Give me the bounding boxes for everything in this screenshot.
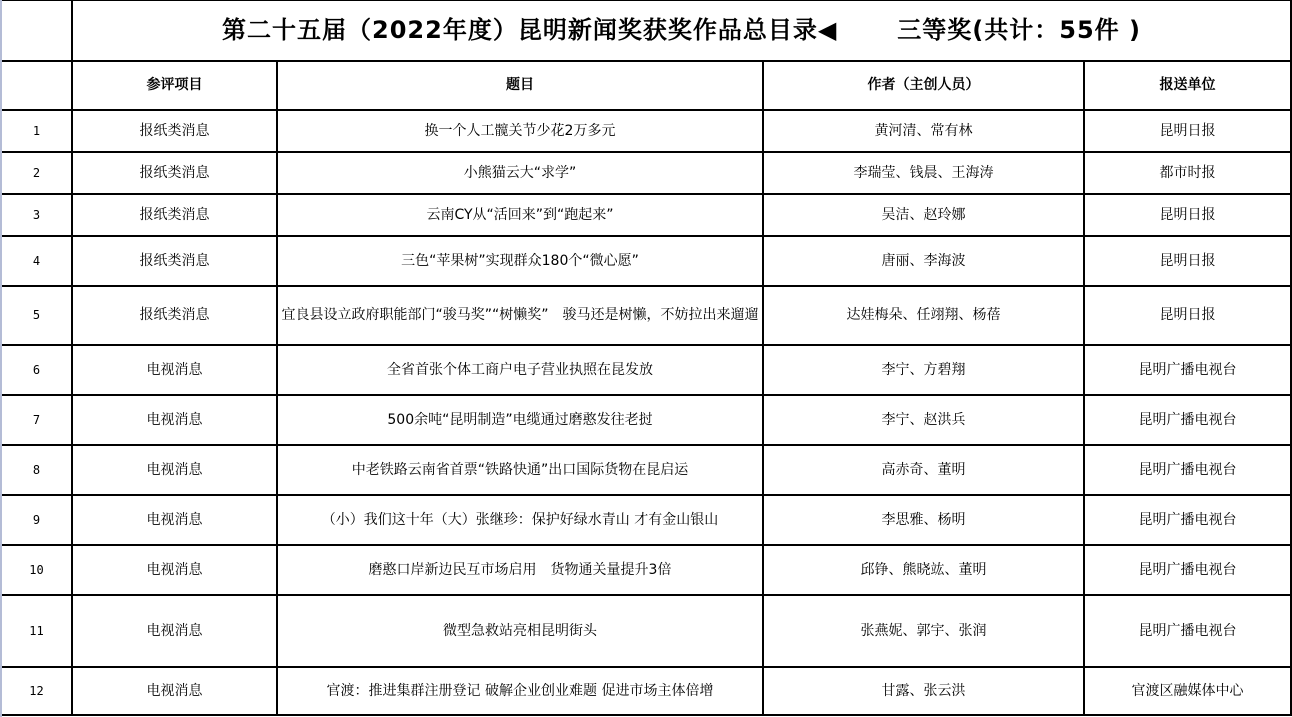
row-unit[interactable]: 昆明日报 [1084,236,1291,286]
table-row: 9 电视消息 （小）我们这十年（大）张继珍：保护好绿水青山 才有金山银山 李思雅… [2,495,1291,545]
table-row: 7 电视消息 500余吨“昆明制造”电缆通过磨憨发往老挝 李宁、赵洪兵 昆明广播… [2,395,1291,445]
header-authors[interactable]: 作者（主创人员） [763,61,1084,110]
row-unit[interactable]: 都市时报 [1084,152,1291,194]
row-category[interactable]: 报纸类消息 [72,152,277,194]
row-title[interactable]: 换一个人工髋关节少花2万多元 [277,110,763,152]
row-title[interactable]: 云南CY从“活回来”到“跑起来” [277,194,763,236]
row-unit[interactable]: 官渡区融媒体中心 [1084,667,1291,715]
row-authors[interactable]: 黄河清、常有林 [763,110,1084,152]
sheet-title-award: 三等奖(共计：55件 ) [897,16,1141,44]
row-unit[interactable]: 昆明广播电视台 [1084,595,1291,667]
row-category[interactable]: 报纸类消息 [72,194,277,236]
row-title[interactable]: （小）我们这十年（大）张继珍：保护好绿水青山 才有金山银山 [277,495,763,545]
row-category[interactable]: 电视消息 [72,545,277,595]
table-row: 1 报纸类消息 换一个人工髋关节少花2万多元 黄河清、常有林 昆明日报 [2,110,1291,152]
header-unit[interactable]: 报送单位 [1084,61,1291,110]
table-row: 4 报纸类消息 三色“苹果树”实现群众180个“微心愿” 唐丽、李海波 昆明日报 [2,236,1291,286]
row-number[interactable]: 10 [2,545,72,595]
row-category[interactable]: 电视消息 [72,667,277,715]
award-list-table: 第二十五届（2022年度）昆明新闻奖获奖作品总目录◀三等奖(共计：55件 ) 参… [2,0,1292,716]
row-number[interactable]: 4 [2,236,72,286]
title-row: 第二十五届（2022年度）昆明新闻奖获奖作品总目录◀三等奖(共计：55件 ) [2,1,1291,61]
row-category[interactable]: 报纸类消息 [72,236,277,286]
row-title[interactable]: 三色“苹果树”实现群众180个“微心愿” [277,236,763,286]
row-category[interactable]: 电视消息 [72,595,277,667]
row-category[interactable]: 电视消息 [72,395,277,445]
row-authors[interactable]: 邱铮、熊晓竑、董明 [763,545,1084,595]
row-authors[interactable]: 达娃梅朵、任翊翔、杨蓓 [763,286,1084,345]
table-row: 6 电视消息 全省首张个体工商户电子营业执照在昆发放 李宁、方碧翔 昆明广播电视… [2,345,1291,395]
sheet-title-main: 第二十五届（2022年度）昆明新闻奖获奖作品总目录◀ [222,16,837,44]
row-unit[interactable]: 昆明广播电视台 [1084,345,1291,395]
row-category[interactable]: 电视消息 [72,445,277,495]
row-number[interactable]: 2 [2,152,72,194]
row-number[interactable]: 3 [2,194,72,236]
row-authors[interactable]: 唐丽、李海波 [763,236,1084,286]
row-unit[interactable]: 昆明广播电视台 [1084,445,1291,495]
row-number[interactable]: 8 [2,445,72,495]
row-number[interactable]: 7 [2,395,72,445]
table-row: 11 电视消息 微型急救站亮相昆明街头 张燕妮、郭宇、张润 昆明广播电视台 [2,595,1291,667]
row-title[interactable]: 500余吨“昆明制造”电缆通过磨憨发往老挝 [277,395,763,445]
row-authors[interactable]: 李瑞莹、钱晨、王海涛 [763,152,1084,194]
row-number[interactable]: 1 [2,110,72,152]
row-title[interactable]: 宜良县设立政府职能部门“骏马奖”“树懒奖” 骏马还是树懒，不妨拉出来遛遛 [277,286,763,345]
row-category[interactable]: 报纸类消息 [72,110,277,152]
row-number[interactable]: 6 [2,345,72,395]
table-row: 12 电视消息 官渡：推进集群注册登记 破解企业创业难题 促进市场主体倍增 甘露… [2,667,1291,715]
row-authors[interactable]: 甘露、张云洪 [763,667,1084,715]
row-category[interactable]: 报纸类消息 [72,286,277,345]
row-authors[interactable]: 吴洁、赵玲娜 [763,194,1084,236]
row-number[interactable]: 11 [2,595,72,667]
header-title[interactable]: 题目 [277,61,763,110]
row-title[interactable]: 全省首张个体工商户电子营业执照在昆发放 [277,345,763,395]
row-authors[interactable]: 李宁、方碧翔 [763,345,1084,395]
table-row: 2 报纸类消息 小熊猫云大“求学” 李瑞莹、钱晨、王海涛 都市时报 [2,152,1291,194]
row-title[interactable]: 微型急救站亮相昆明街头 [277,595,763,667]
row-unit[interactable]: 昆明日报 [1084,286,1291,345]
header-category[interactable]: 参评项目 [72,61,277,110]
row-number[interactable]: 12 [2,667,72,715]
row-title[interactable]: 中老铁路云南省首票“铁路快通”出口国际货物在昆启运 [277,445,763,495]
row-authors[interactable]: 李思雅、杨明 [763,495,1084,545]
title-row-index-cell[interactable] [2,1,72,61]
row-category[interactable]: 电视消息 [72,345,277,395]
row-authors[interactable]: 张燕妮、郭宇、张润 [763,595,1084,667]
row-unit[interactable]: 昆明日报 [1084,194,1291,236]
row-unit[interactable]: 昆明广播电视台 [1084,545,1291,595]
row-unit[interactable]: 昆明广播电视台 [1084,495,1291,545]
header-index-cell[interactable] [2,61,72,110]
row-title[interactable]: 小熊猫云大“求学” [277,152,763,194]
header-row: 参评项目 题目 作者（主创人员） 报送单位 [2,61,1291,110]
row-number[interactable]: 5 [2,286,72,345]
sheet-title[interactable]: 第二十五届（2022年度）昆明新闻奖获奖作品总目录◀三等奖(共计：55件 ) [72,1,1291,61]
table-row: 8 电视消息 中老铁路云南省首票“铁路快通”出口国际货物在昆启运 高赤奇、董明 … [2,445,1291,495]
row-authors[interactable]: 李宁、赵洪兵 [763,395,1084,445]
row-authors[interactable]: 高赤奇、董明 [763,445,1084,495]
row-number[interactable]: 9 [2,495,72,545]
table-row: 10 电视消息 磨憨口岸新边民互市场启用 货物通关量提升3倍 邱铮、熊晓竑、董明… [2,545,1291,595]
table-row: 5 报纸类消息 宜良县设立政府职能部门“骏马奖”“树懒奖” 骏马还是树懒，不妨拉… [2,286,1291,345]
row-unit[interactable]: 昆明日报 [1084,110,1291,152]
row-title[interactable]: 磨憨口岸新边民互市场启用 货物通关量提升3倍 [277,545,763,595]
table-row: 3 报纸类消息 云南CY从“活回来”到“跑起来” 吴洁、赵玲娜 昆明日报 [2,194,1291,236]
row-category[interactable]: 电视消息 [72,495,277,545]
row-title[interactable]: 官渡：推进集群注册登记 破解企业创业难题 促进市场主体倍增 [277,667,763,715]
row-unit[interactable]: 昆明广播电视台 [1084,395,1291,445]
